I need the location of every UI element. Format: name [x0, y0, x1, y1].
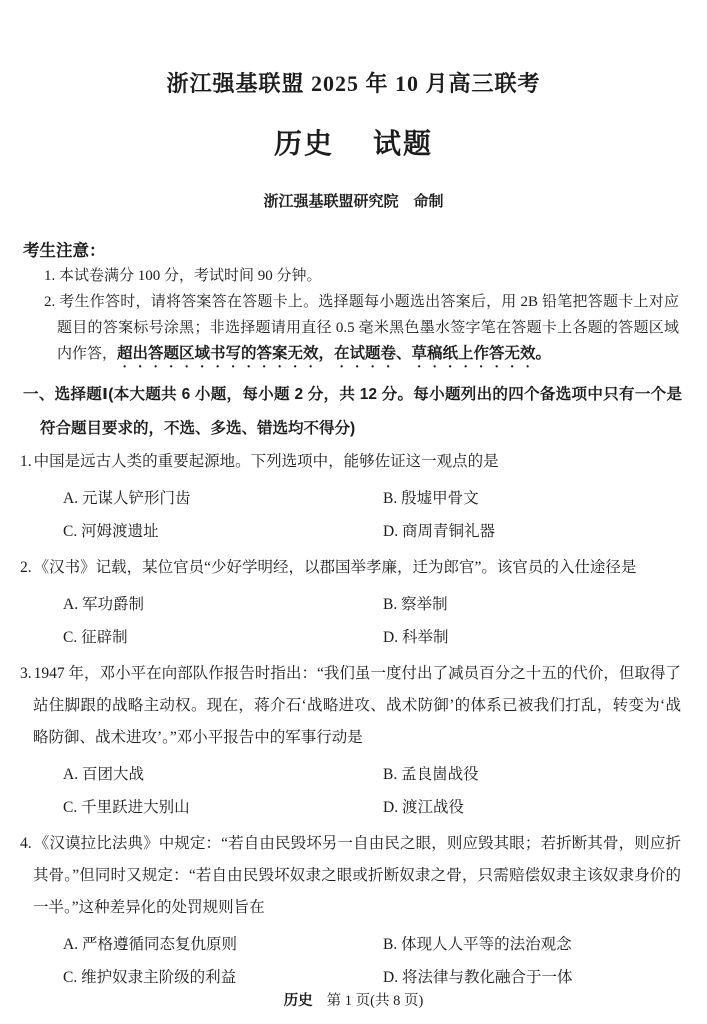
question-4-stem: 4.《汉谟拉比法典》中规定：“若自由民毁坏另一自由民之眼，则应毁其眼；若折断其骨…	[20, 828, 681, 924]
page-footer: 历史第 1 页(共 8 页)	[0, 992, 707, 1010]
option-b: B. 体现人人平等的法治观念	[383, 928, 681, 961]
question-3-options: A. 百团大战 B. 孟良崮战役 C. 千里跃进大别山 D. 渡江战役	[63, 758, 681, 824]
question-4-options: A. 严格遵循同态复仇原则 B. 体现人人平等的法治观念 C. 维护奴隶主阶级的…	[63, 928, 681, 994]
question-3-text: 1947 年，邓小平在向部队作报告时指出：“我们虽一度付出了减员百分之十五的代价…	[33, 665, 681, 746]
exam-title: 浙江强基联盟 2025 年 10 月高三联考	[0, 72, 707, 96]
notice-item-1: 1. 本试卷满分 100 分，考试时间 90 分钟。	[23, 263, 679, 289]
option-c: C. 千里跃进大别山	[63, 791, 383, 824]
exam-paper-page: 浙江强基联盟 2025 年 10 月高三联考 历史 试题 浙江强基联盟研究院 命…	[0, 0, 707, 1024]
option-b: B. 察举制	[383, 588, 681, 621]
question-2-stem: 2.《汉书》记载，某位官员“少好学明经，以郡国举孝廉，迁为郎官”。该官员的入仕途…	[20, 552, 681, 584]
notice-section: 考生注意： 1. 本试卷满分 100 分，考试时间 90 分钟。 2. 考生作答…	[23, 240, 679, 371]
question-4: 4.《汉谟拉比法典》中规定：“若自由民毁坏另一自由民之眼，则应毁其眼；若折断其骨…	[20, 828, 681, 994]
question-1-number: 1.	[20, 453, 32, 470]
subject-title: 历史 试题	[0, 130, 707, 160]
question-2-text: 《汉书》记载，某位官员“少好学明经，以郡国举孝廉，迁为郎官”。该官员的入仕途径是	[34, 559, 637, 576]
option-a: A. 严格遵循同态复仇原则	[63, 928, 383, 961]
question-4-text: 《汉谟拉比法典》中规定：“若自由民毁坏另一自由民之眼，则应毁其眼；若折断其骨，则…	[33, 835, 681, 916]
question-2: 2.《汉书》记载，某位官员“少好学明经，以郡国举孝廉，迁为郎官”。该官员的入仕途…	[20, 552, 681, 654]
option-a: A. 元谋人铲形门齿	[63, 482, 383, 515]
footer-subject: 历史	[284, 993, 313, 1009]
section-heading: 一、选择题Ⅰ(本大题共 6 小题，每小题 2 分，共 12 分。每小题列出的四个…	[23, 378, 682, 446]
question-3: 3.1947 年，邓小平在向部队作报告时指出：“我们虽一度付出了减员百分之十五的…	[20, 658, 681, 824]
question-3-number: 3.	[20, 665, 32, 682]
notice-item-2-emphasis: 超出答题区域书写的答案无效，在试题卷、草稿纸上作答无效。	[117, 345, 551, 362]
issuer-line: 浙江强基联盟研究院 命制	[0, 193, 707, 211]
option-a: A. 百团大战	[63, 758, 383, 791]
option-a: A. 军功爵制	[63, 588, 383, 621]
footer-page-number: 第 1 页(共 8 页)	[327, 993, 424, 1009]
option-c: C. 征辟制	[63, 621, 383, 654]
notice-item-2: 2. 考生作答时，请将答案答在答题卡上。选择题每小题选出答案后，用 2B 铅笔把…	[23, 289, 679, 371]
question-3-stem: 3.1947 年，邓小平在向部队作报告时指出：“我们虽一度付出了减员百分之十五的…	[20, 658, 681, 754]
option-b: B. 孟良崮战役	[383, 758, 681, 791]
option-d: D. 渡江战役	[383, 791, 681, 824]
option-b: B. 殷墟甲骨文	[383, 482, 681, 515]
question-1: 1.中国是远古人类的重要起源地。下列选项中，能够佐证这一观点的是 A. 元谋人铲…	[20, 446, 681, 548]
option-c: C. 河姆渡遗址	[63, 515, 383, 548]
question-2-options: A. 军功爵制 B. 察举制 C. 征辟制 D. 科举制	[63, 588, 681, 654]
question-1-stem: 1.中国是远古人类的重要起源地。下列选项中，能够佐证这一观点的是	[20, 446, 681, 478]
option-d: D. 商周青铜礼器	[383, 515, 681, 548]
option-d: D. 科举制	[383, 621, 681, 654]
question-2-number: 2.	[20, 559, 32, 576]
option-d: D. 将法律与教化融合于一体	[383, 961, 681, 994]
question-4-number: 4.	[20, 835, 32, 852]
option-c: C. 维护奴隶主阶级的利益	[63, 961, 383, 994]
question-1-text: 中国是远古人类的重要起源地。下列选项中，能够佐证这一观点的是	[34, 453, 499, 470]
notice-heading: 考生注意：	[23, 240, 679, 263]
question-1-options: A. 元谋人铲形门齿 B. 殷墟甲骨文 C. 河姆渡遗址 D. 商周青铜礼器	[63, 482, 681, 548]
